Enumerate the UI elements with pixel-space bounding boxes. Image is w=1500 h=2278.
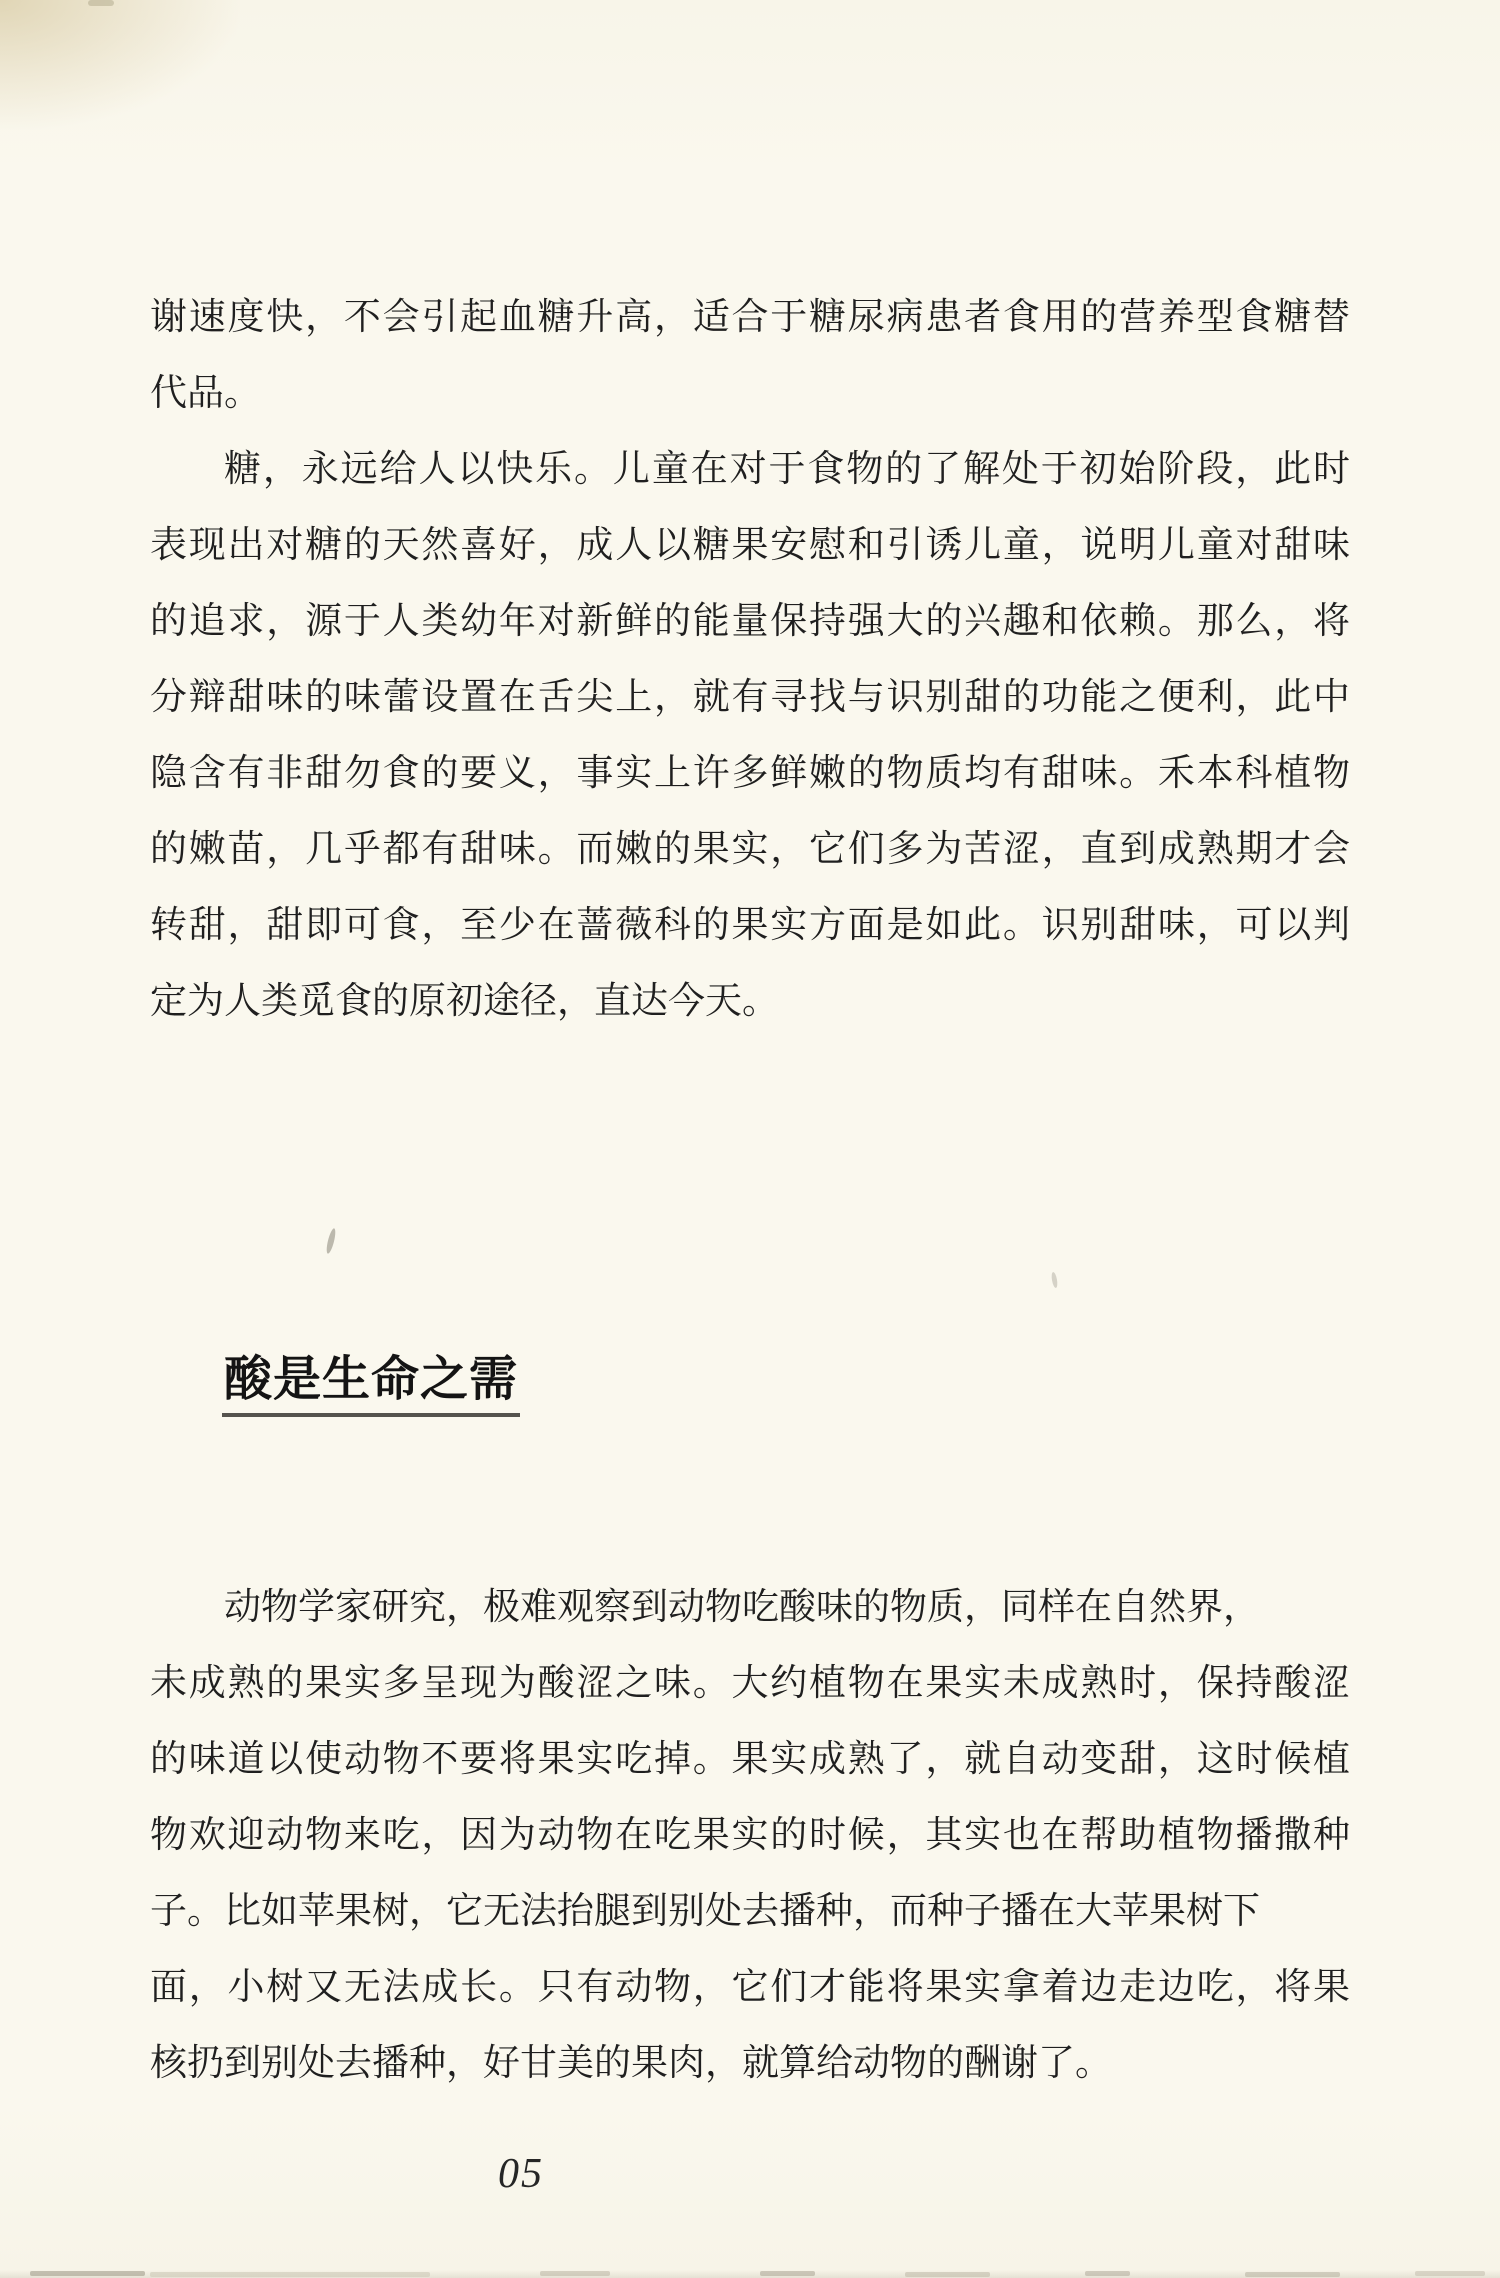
text-line: 分辩甜味的味蕾设置在舌尖上，就有寻找与识别甜的功能之便利，此中 (150, 660, 1350, 736)
text-line: 隐含有非甜勿食的要义，事实上许多鲜嫩的物质均有甜味。禾本科植物 (150, 736, 1350, 812)
text-line: 的追求，源于人类幼年对新鲜的能量保持强大的兴趣和依赖。那么，将 (150, 584, 1350, 660)
text-line: 定为人类觅食的原初途径，直达今天。 (150, 964, 1350, 1040)
scan-edge-artifact (150, 2272, 430, 2277)
text-line: 表现出对糖的天然喜好，成人以糖果安慰和引诱儿童，说明儿童对甜味 (150, 508, 1350, 584)
paragraph-block-sweetness: 谢速度快，不会引起血糖升高，适合于糖尿病患者食用的营养型食糖替代品。糖，永远给人… (150, 280, 1350, 1040)
text-line: 转甜，甜即可食，至少在蔷薇科的果实方面是如此。识别甜味，可以判 (150, 888, 1350, 964)
text-line: 核扔到别处去播种，好甘美的果肉，就算给动物的酬谢了。 (150, 2026, 1350, 2102)
scan-edge-artifact (1245, 2272, 1340, 2277)
scanned-book-page: 谢速度快，不会引起血糖升高，适合于糖尿病患者食用的营养型食糖替代品。糖，永远给人… (0, 0, 1500, 2278)
text-line: 糖，永远给人以快乐。儿童在对于食物的了解处于初始阶段，此时 (150, 432, 1350, 508)
text-line: 子。比如苹果树，它无法抬腿到别处去播种，而种子播在大苹果树下 (150, 1874, 1350, 1950)
text-line: 动物学家研究，极难观察到动物吃酸味的物质，同样在自然界， (150, 1570, 1350, 1646)
scan-edge-artifact (905, 2272, 990, 2277)
scan-noise-speck (325, 1228, 337, 1255)
section-heading-underlined: 酸是生命之需 (222, 1352, 520, 1417)
scan-edge-artifact (540, 2271, 610, 2276)
scan-edge-artifact (1415, 2271, 1485, 2276)
scan-edge-artifact (760, 2271, 815, 2276)
scan-noise-speck-faint (1051, 1272, 1059, 1289)
text-line: 的嫩苗，几乎都有甜味。而嫩的果实，它们多为苦涩，直到成熟期才会 (150, 812, 1350, 888)
text-line: 面，小树又无法成长。只有动物，它们才能将果实拿着边走边吃，将果 (150, 1950, 1350, 2026)
text-line: 代品。 (150, 356, 1350, 432)
text-line: 谢速度快，不会引起血糖升高，适合于糖尿病患者食用的营养型食糖替 (150, 280, 1350, 356)
scan-edge-artifact (1085, 2271, 1130, 2276)
paragraph-block-sourness: 动物学家研究，极难观察到动物吃酸味的物质，同样在自然界，未成熟的果实多呈现为酸涩… (150, 1570, 1350, 2102)
text-line: 物欢迎动物来吃，因为动物在吃果实的时候，其实也在帮助植物播撒种 (150, 1798, 1350, 1874)
scan-smudge-top-left (0, 0, 240, 130)
text-line: 未成熟的果实多呈现为酸涩之味。大约植物在果实未成熟时，保持酸涩 (150, 1646, 1350, 1722)
page-number: 05 (498, 2150, 544, 2198)
scan-edge-artifact (30, 2271, 145, 2276)
scan-speck-top-edge (88, 0, 114, 6)
text-line: 的味道以使动物不要将果实吃掉。果实成熟了，就自动变甜，这时候植 (150, 1722, 1350, 1798)
